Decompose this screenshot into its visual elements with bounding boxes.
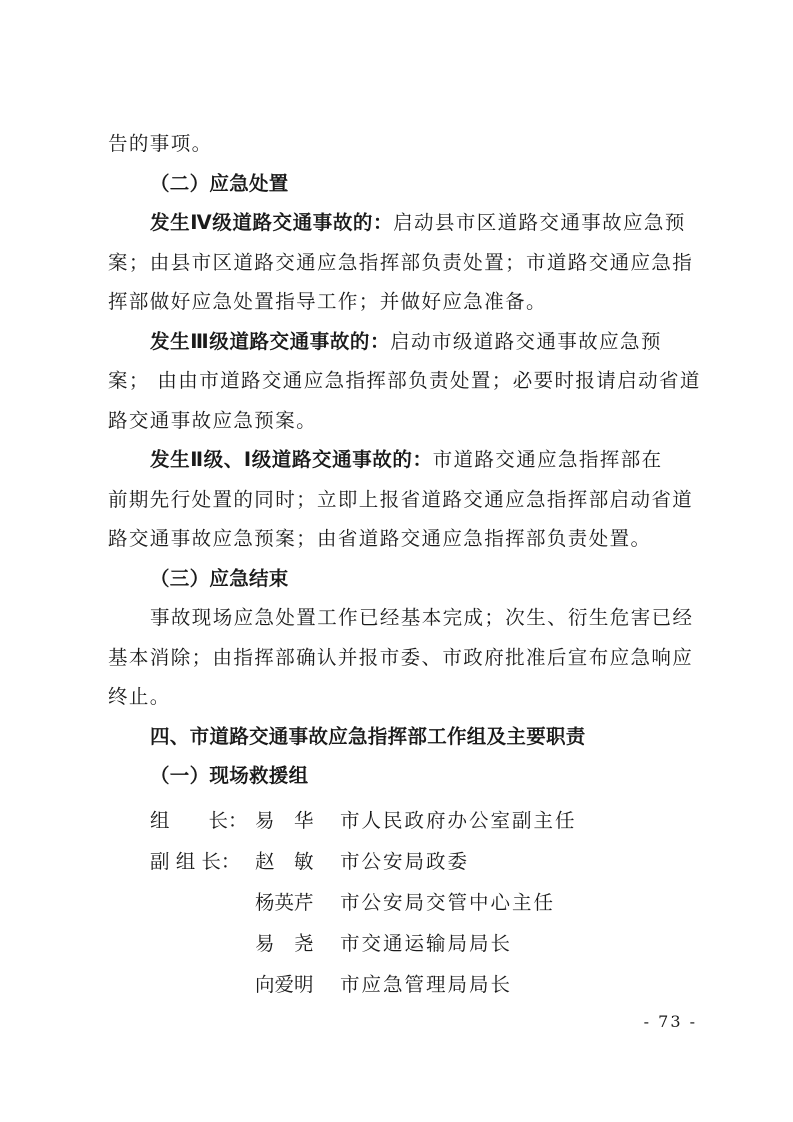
para-level3-line3: 路交通事故应急预案。 — [108, 401, 700, 441]
para-level2-1-line2: 前期先行处置的同时；立即上报省道路交通应急指挥部启动省道 — [108, 480, 700, 520]
section-heading-4: 四、市道路交通事故应急指挥部工作组及主要职责 — [108, 717, 700, 757]
roster-row: 易 尧 市交通运输局局长 — [150, 923, 710, 964]
para-level2-1-line1: 发生Ⅱ级、Ⅰ级道路交通事故的：市道路交通应急指挥部在 — [108, 440, 700, 480]
roster-row: 副 组 长： 赵 敏 市公安局政委 — [150, 841, 710, 882]
document-body: 告的事项。 （二）应急处置 发生Ⅳ级道路交通事故的：启动县市区道路交通事故应急预… — [108, 124, 700, 796]
para-text: 启动市级道路交通事故应急预 — [390, 330, 662, 353]
para-level4-line3: 挥部做好应急处置指导工作；并做好应急准备。 — [108, 282, 700, 322]
para-level3-line2: 案； 由由市道路交通应急指挥部负责处置；必要时报请启动省道 — [108, 361, 700, 401]
roster-title: 市公安局交管中心主任 — [340, 882, 555, 923]
para-level2-1-line3: 路交通事故应急预案；由省道路交通应急指挥部负责处置。 — [108, 519, 700, 559]
roster-role: 组 长： — [150, 800, 250, 841]
roster-row: 向爱明 市应急管理局局长 — [150, 964, 710, 1005]
paragraph-continuation: 告的事项。 — [108, 124, 700, 164]
para-text: 启动县市区道路交通事故应急预 — [393, 211, 686, 234]
para-lead-level2-1: 发生Ⅱ级、Ⅰ级道路交通事故的： — [150, 448, 433, 471]
roster-title: 市交通运输局局长 — [340, 923, 512, 964]
para-end-line2: 基本消除；由指挥部确认并报市委、市政府批准后宣布应急响应 — [108, 638, 700, 678]
roster-name: 易 尧 — [255, 923, 335, 964]
roster-name: 杨英芹 — [255, 882, 335, 923]
heading-rescue-group: （一）现场救援组 — [108, 756, 700, 796]
para-lead-level3: 发生Ⅲ级道路交通事故的： — [150, 330, 390, 353]
para-level3-line1: 发生Ⅲ级道路交通事故的：启动市级道路交通事故应急预 — [108, 322, 700, 362]
para-level4-line1: 发生Ⅳ级道路交通事故的：启动县市区道路交通事故应急预 — [108, 203, 700, 243]
para-end-line1: 事故现场应急处置工作已经基本完成；次生、衍生危害已经 — [108, 598, 700, 638]
heading-emergency-end: （三）应急结束 — [108, 559, 700, 599]
heading-emergency-handling: （二）应急处置 — [108, 164, 700, 204]
roster-title: 市公安局政委 — [340, 841, 469, 882]
roster-name: 向爱明 — [255, 964, 335, 1005]
roster-title: 市人民政府办公室副主任 — [340, 800, 577, 841]
roster-row: 杨英芹 市公安局交管中心主任 — [150, 882, 710, 923]
roster-list: 组 长： 易 华 市人民政府办公室副主任 副 组 长： 赵 敏 市公安局政委 杨… — [150, 800, 710, 1005]
roster-role: 副 组 长： — [150, 841, 250, 882]
para-level4-line2: 案；由县市区道路交通应急指挥部负责处置；市道路交通应急指 — [108, 243, 700, 283]
roster-row: 组 长： 易 华 市人民政府办公室副主任 — [150, 800, 710, 841]
para-end-line3: 终止。 — [108, 677, 700, 717]
para-lead-level4: 发生Ⅳ级道路交通事故的： — [150, 211, 393, 234]
roster-title: 市应急管理局局长 — [340, 964, 512, 1005]
roster-name: 易 华 — [255, 800, 335, 841]
para-text: 市道路交通应急指挥部在 — [433, 448, 663, 471]
page-number: - 73 - — [644, 1012, 697, 1031]
roster-name: 赵 敏 — [255, 841, 335, 882]
